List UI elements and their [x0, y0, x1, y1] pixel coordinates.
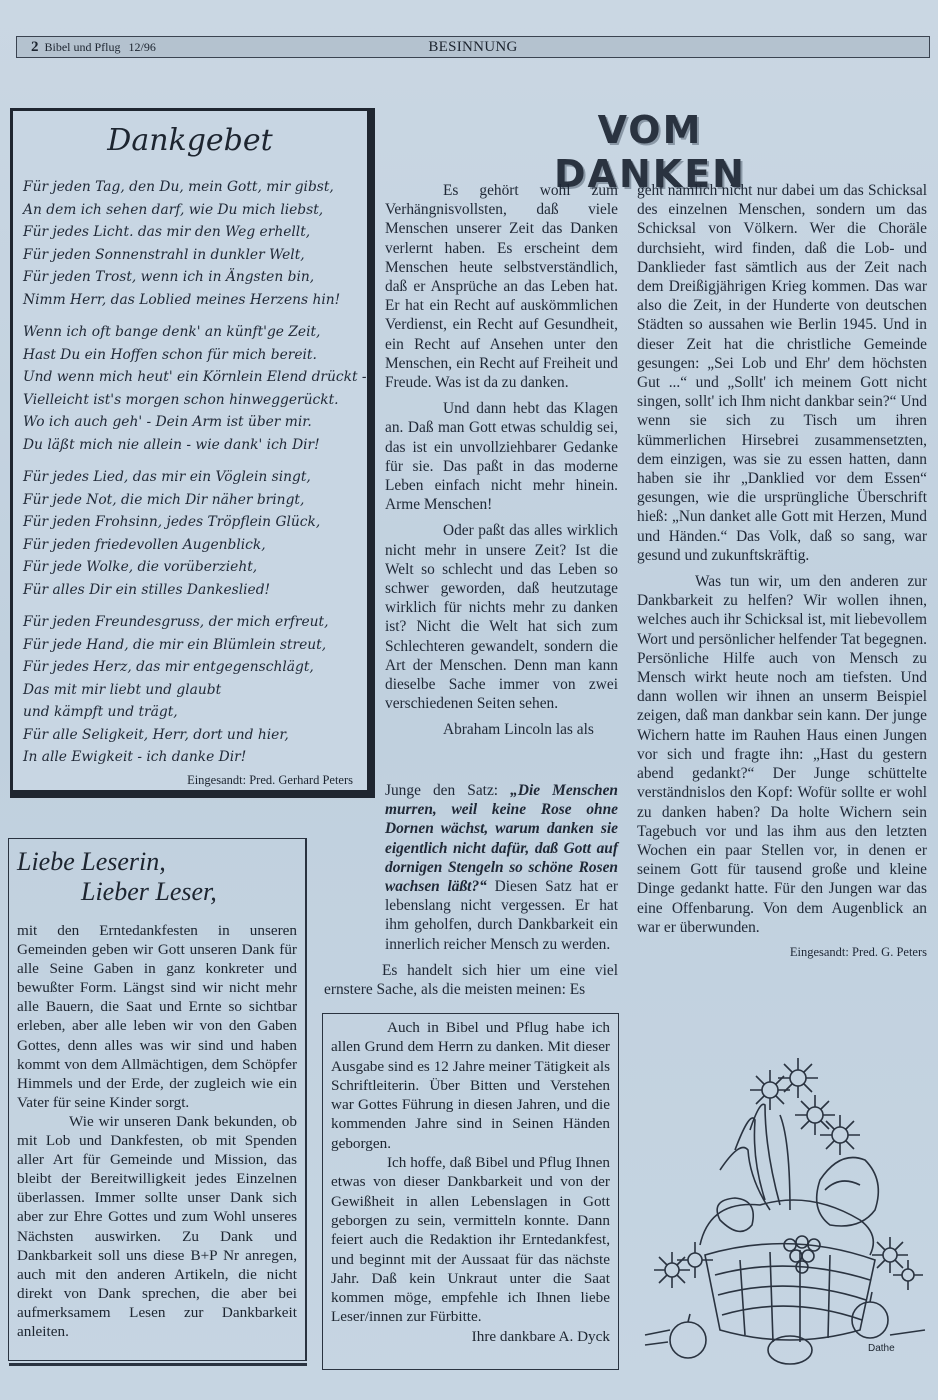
letter-paragraph: mit den Erntedankfesten in unseren Gemei… [17, 921, 297, 1112]
poem-line: Für jede Wolke, die vorüberzieht, [23, 556, 357, 579]
poem-line: Für jeden friedevollen Augenblick, [23, 534, 357, 557]
page-number: 2 [31, 39, 39, 56]
lincoln-paragraph: Junge den Satz: „Die Menschen murren, we… [324, 781, 618, 999]
poem-line: Für jeden Sonnenstrahl in dunkler Welt, [23, 244, 357, 267]
article-column-right: geht nämlich nicht nur dabei um das Schi… [637, 181, 927, 960]
article-paragraph: Abraham Lincoln las als [385, 720, 618, 739]
article-paragraph: Es handelt sich hier um eine viel ernste… [324, 961, 618, 999]
editor-paragraph: Ich hoffe, daß Bibel und Pflug Ihnen etw… [331, 1153, 610, 1327]
poem-line: Das mit mir liebt und glaubt [23, 679, 357, 702]
lincoln-lead: Junge den Satz: [385, 782, 510, 799]
article-paragraph: geht nämlich nicht nur dabei um das Schi… [637, 181, 927, 565]
poem-line: Wenn ich oft bange denk' an künft'ge Zei… [23, 321, 357, 344]
issue-number: 12/96 [129, 40, 156, 55]
poem-line: Für jede Hand, die mir ein Blümlein stre… [23, 634, 357, 657]
article-paragraph: Und dann hebt das Klagen an. Daß man Got… [385, 399, 618, 514]
letter-text: mit den Erntedankfesten in unseren Gemei… [17, 921, 297, 1341]
poem-line: Für jeden Tag, den Du, mein Gott, mir gi… [23, 176, 357, 199]
article-paragraph: Es gehört wohl zum Verhängnisvollsten, d… [385, 181, 618, 392]
publication-name: Bibel und Pflug [45, 40, 121, 55]
editor-note-box: Auch in Bibel und Pflug habe ich allen G… [322, 1013, 619, 1370]
letter-paragraph: Wie wir unseren Dank bekunden, ob mit Lo… [17, 1112, 297, 1341]
flower-icon [750, 1070, 790, 1110]
poem-line: und kämpft und trägt, [23, 701, 357, 724]
article-credit: Eingesandt: Pred. G. Peters [637, 944, 927, 960]
poem-stanza: Für jedes Lied, das mir ein Vöglein sing… [23, 466, 357, 601]
poem-stanza: Für jeden Freundesgruss, der mich erfreu… [23, 611, 357, 769]
poem-line: Für jeden Frohsinn, jedes Tröpflein Glüc… [23, 511, 357, 534]
poem-line: Für jedes Herz, das mir entgegenschlägt, [23, 656, 357, 679]
poem-line: Wo ich auch geh' - Dein Arm ist über mir… [23, 411, 357, 434]
poem-line: Für alle Seligkeit, Herr, dort und hier, [23, 724, 357, 747]
poem-stanza: Für jeden Tag, den Du, mein Gott, mir gi… [23, 176, 357, 311]
poem-credit: Eingesandt: Pred. Gerhard Peters [23, 773, 357, 788]
greeting-line-2: Lieber Leser, [17, 877, 297, 907]
poem-line: Für jedes Lied, das mir ein Vöglein sing… [23, 466, 357, 489]
poem-line: Für jede Not, die mich Dir näher bringt, [23, 489, 357, 512]
poem-stanza: Wenn ich oft bange denk' an künft'ge Zei… [23, 321, 357, 456]
editor-signature: Ihre dankbare A. Dyck [331, 1327, 610, 1346]
illustration-artist: Dathe [868, 1343, 895, 1354]
poem-line: Für jedes Licht. das mir den Weg erhellt… [23, 221, 357, 244]
article-column-middle: Es gehört wohl zum Verhängnisvollsten, d… [385, 181, 618, 740]
article-paragraph: Was tun wir, um den anderen zur Dankbark… [637, 572, 927, 937]
poem-line: Für alles Dir ein stilles Dankeslied! [23, 579, 357, 602]
harvest-basket-illustration [640, 1030, 930, 1375]
poem-box: Dankgebet Für jeden Tag, den Du, mein Go… [10, 108, 375, 798]
poem-line: Nimm Herr, das Loblied meines Herzens hi… [23, 289, 357, 312]
greeting-line-1: Liebe Leserin, [17, 847, 297, 877]
poem-line: Für jeden Trost, wenn ich in Ängsten bin… [23, 266, 357, 289]
poem-line: Und wenn mich heut' ein Körnlein Elend d… [23, 366, 357, 389]
poem-stanzas: Für jeden Tag, den Du, mein Gott, mir gi… [23, 176, 357, 769]
poem-line: Vielleicht ist's morgen schon hinweggerü… [23, 389, 357, 412]
poem-title: Dankgebet [23, 123, 357, 158]
poem-line: Für jeden Freundesgruss, der mich erfreu… [23, 611, 357, 634]
poem-line: An dem ich sehen darf, wie Du mich liebs… [23, 199, 357, 222]
reader-letter-box: Liebe Leserin, Lieber Leser, mit den Ern… [8, 838, 307, 1361]
article-paragraph: Oder paßt das alles wirklich nicht mehr … [385, 521, 618, 713]
page-header: 2 Bibel und Pflug 12/96 BESINNUNG [16, 36, 930, 58]
poem-line: In alle Ewigkeit - ich danke Dir! [23, 746, 357, 769]
poem-line: Hast Du ein Hoffen schon für mich bereit… [23, 344, 357, 367]
poem-line: Du läßt mich nie allein - wie dank' ich … [23, 434, 357, 457]
editor-paragraph: Auch in Bibel und Pflug habe ich allen G… [331, 1018, 610, 1153]
